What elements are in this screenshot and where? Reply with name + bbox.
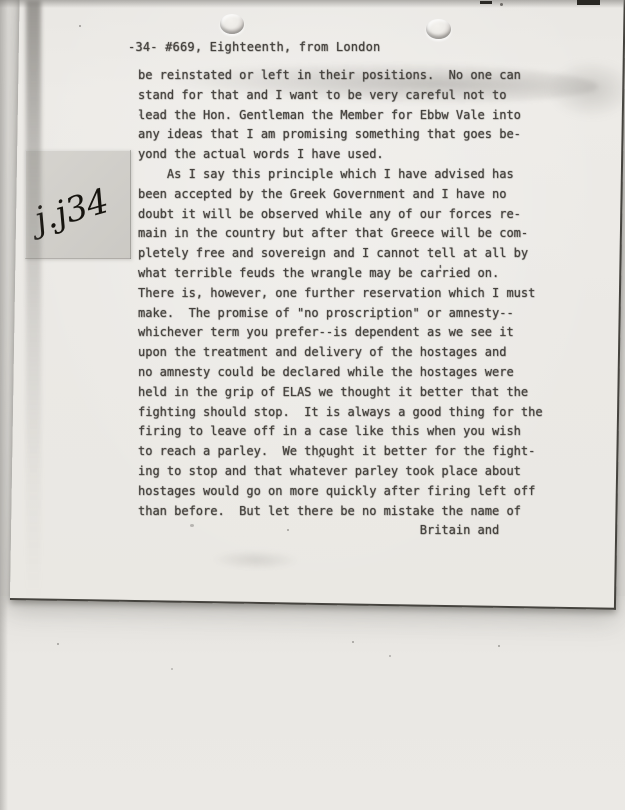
typed-line: be reinstated or left in their positions…: [138, 66, 543, 86]
typed-line: There is, however, one further reservati…: [138, 284, 543, 304]
dust-speck: [139, 114, 141, 116]
typed-line: yond the actual words I have used.: [138, 145, 543, 165]
typed-line: no amnesty could be declared while the h…: [138, 363, 543, 383]
typed-line: As I say this principle which I have adv…: [138, 165, 543, 185]
backing-sheet: [0, 596, 625, 810]
dust-speck: [498, 645, 500, 647]
dust-speck: [190, 524, 194, 527]
typed-line: make. The promise of "no proscription" o…: [138, 304, 543, 324]
dust-speck: [352, 641, 354, 643]
typed-line: ing to stop and that whatever parley too…: [138, 462, 543, 482]
typed-line: held in the grip of ELAS we thought it b…: [138, 383, 543, 403]
typed-body: be reinstated or left in their positions…: [138, 66, 543, 541]
typed-line: pletely free and sovereign and I cannot …: [138, 244, 543, 264]
typed-line: doubt it will be observed while any of o…: [138, 205, 543, 225]
dust-speck: [500, 3, 503, 6]
dust-speck: [57, 643, 59, 645]
typed-line: Britain and: [138, 521, 543, 541]
typed-line: hostages would go on more quickly after …: [138, 482, 543, 502]
typed-line: than before. But let there be no mistake…: [138, 502, 543, 522]
typed-line: main in the country but after that Greec…: [138, 224, 543, 244]
dust-speck: [389, 655, 391, 657]
typed-line: stand for that and I want to be very car…: [138, 86, 543, 106]
annotation-text: j.j34: [23, 181, 113, 242]
typed-line: firing to leave off in a case like this …: [138, 422, 543, 442]
typed-line: whichever term you prefer--is dependent …: [138, 323, 543, 343]
scan-edge-mark: [577, 0, 600, 5]
scanned-document: -34- #669, Eighteenth, from London be re…: [0, 0, 625, 810]
dust-speck: [79, 25, 81, 27]
page-header: -34- #669, Eighteenth, from London: [128, 40, 380, 54]
archival-sticker: j.j34: [25, 150, 131, 259]
scan-top-shade: [0, 0, 625, 8]
scan-left-edge-shade: [0, 0, 8, 810]
typed-line: been accepted by the Greek Government an…: [138, 185, 543, 205]
typed-line: fighting should stop. It is always a goo…: [138, 403, 543, 423]
scan-edge-mark: [480, 1, 492, 4]
typed-line: what terrible feuds the wrangle may be c…: [138, 264, 543, 284]
dust-speck: [287, 529, 289, 531]
typed-line: lead the Hon. Gentleman the Member for E…: [138, 106, 543, 126]
ink-smudge: [210, 549, 300, 570]
punch-hole-bump: [220, 14, 244, 34]
dust-speck: [171, 668, 173, 670]
typed-line: upon the treatment and delivery of the h…: [138, 343, 543, 363]
handwritten-annotation: j.j34: [27, 158, 129, 253]
typed-caret-artifact: ^: [318, 452, 325, 465]
typed-line: any ideas that I am promising something …: [138, 125, 543, 145]
typed-tick-artifact: ': [437, 263, 444, 276]
punch-hole-bump: [426, 19, 451, 39]
ink-smudge: [546, 59, 625, 120]
typed-line: to reach a parley. We thought it better …: [138, 442, 543, 462]
